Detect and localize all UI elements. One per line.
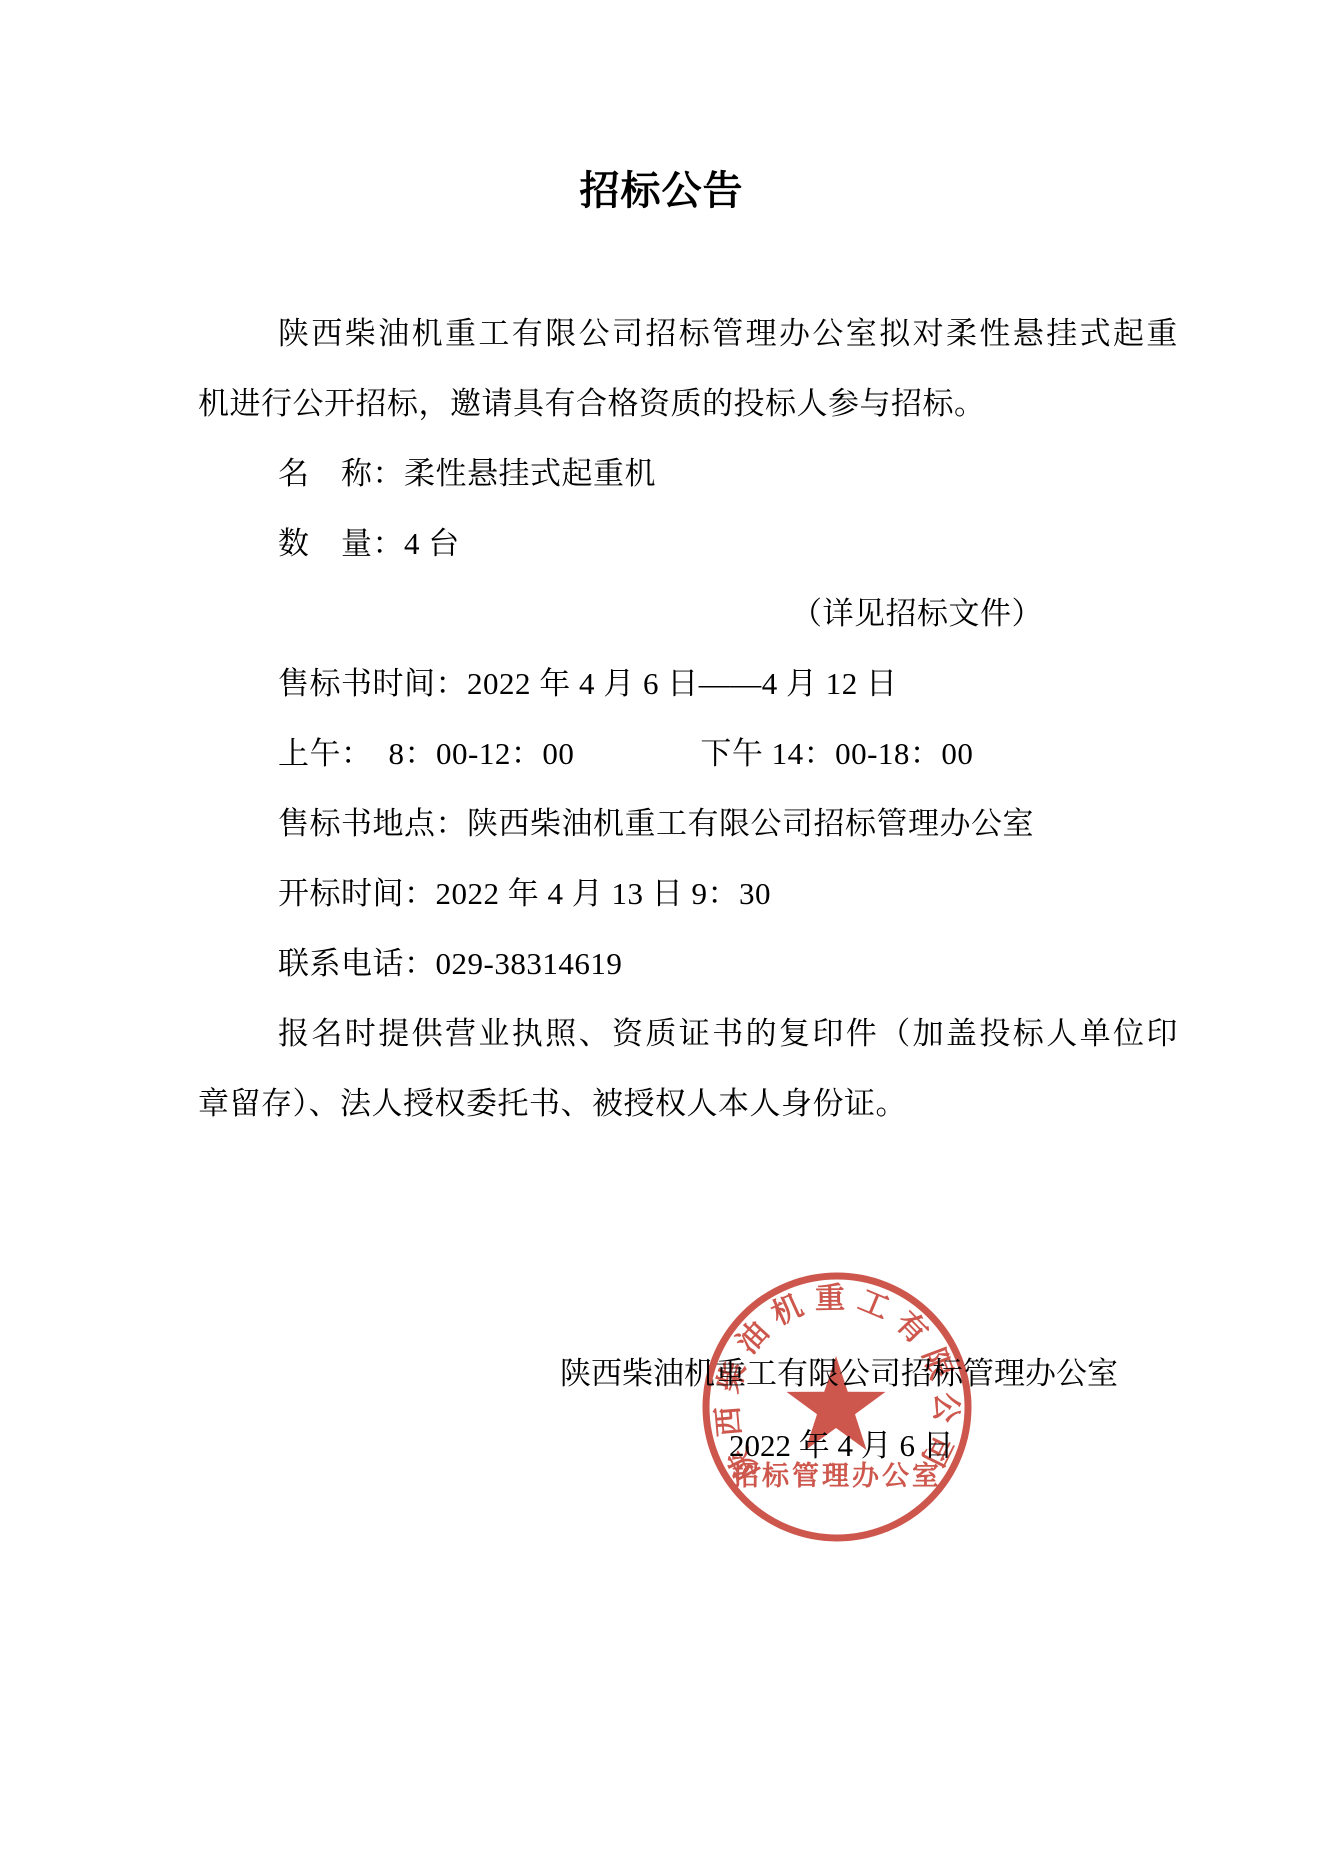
seal-star-icon: [787, 1356, 886, 1450]
company-seal-stamp: 陕西柴油机重工有限公司 招标管理办公室: [692, 1262, 982, 1552]
line-see-documents: （详见招标文件）: [791, 596, 1043, 632]
line-sale-hours: 上午： 8：00-12：00 下午 14：00-18：00: [278, 736, 973, 772]
document-page: 招标公告 陕西柴油机重工有限公司招标管理办公室拟对柔性悬挂式起重 机进行公开招标…: [0, 0, 1323, 1871]
line-opening-time: 开标时间：2022 年 4 月 13 日 9：30: [278, 876, 771, 912]
line-item-name: 名 称：柔性悬挂式起重机: [278, 456, 656, 492]
line-intro-1: 陕西柴油机重工有限公司招标管理办公室拟对柔性悬挂式起重: [278, 316, 1180, 352]
line-intro-2: 机进行公开招标，邀请具有合格资质的投标人参与招标。: [198, 386, 986, 422]
document-title: 招标公告: [0, 168, 1323, 214]
line-contact-phone: 联系电话：029-38314619: [278, 946, 622, 982]
line-requirements-2: 章留存）、法人授权委托书、被授权人本人身份证。: [198, 1086, 907, 1122]
line-item-quantity: 数 量：4 台: [278, 526, 460, 562]
line-sale-time: 售标书时间：2022 年 4 月 6 日——4 月 12 日: [278, 666, 898, 702]
line-requirements-1: 报名时提供营业执照、资质证书的复印件（加盖投标人单位印: [278, 1016, 1180, 1052]
seal-office-text: 招标管理办公室: [732, 1460, 942, 1491]
line-sale-place: 售标书地点：陕西柴油机重工有限公司招标管理办公室: [278, 806, 1034, 842]
